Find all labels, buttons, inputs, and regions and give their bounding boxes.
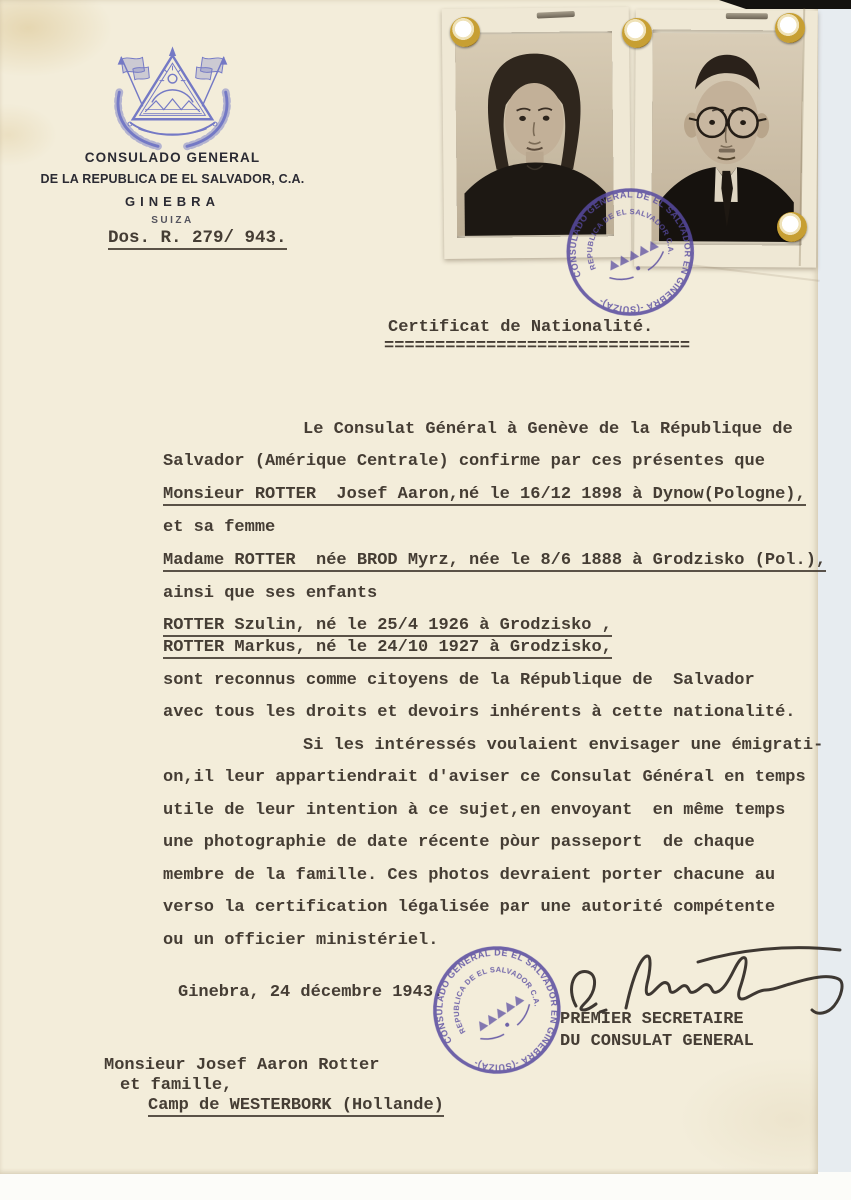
typed-line: utile de leur intention à ce sujet,en en… — [163, 801, 785, 820]
signatory-title-line2: DU CONSULAT GENERAL — [560, 1032, 754, 1051]
svg-text:CONSULADO GENERAL DE EL SALVAD: CONSULADO GENERAL DE EL SALVADOR EN GINE… — [556, 177, 705, 326]
svg-text:CONSULADO GENERAL DE EL SALVAD: CONSULADO GENERAL DE EL SALVADOR EN GINE… — [425, 939, 568, 1082]
typed-line: ou un officier ministériel. — [163, 931, 438, 950]
letterhead-city: GINEBRA — [30, 194, 315, 209]
recipient-family: et famille, — [120, 1076, 232, 1095]
recipient-camp-address: Camp de WESTERBORK (Hollande) — [148, 1096, 444, 1117]
typed-line: membre de la famille. Ces photos devraie… — [163, 866, 775, 885]
typed-line: verso la certification légalisée par une… — [163, 898, 775, 917]
typed-line: Si les intéressés voulaient envisager un… — [303, 736, 823, 755]
typed-line: Le Consulat Général à Genève de la Répub… — [303, 420, 793, 439]
dossier-number: Dos. R. 279/ 943. — [108, 228, 287, 250]
staple — [726, 13, 768, 19]
typed-line-subject-child1: ROTTER Szulin, né le 25/4 1926 à Grodzis… — [163, 616, 612, 637]
document-title: Certificat de Nationalité. — [388, 318, 653, 337]
scanner-background-bottom — [0, 1172, 851, 1200]
typed-line-subject-wife: Madame ROTTER née BROD Myrz, née le 8/6 … — [163, 551, 826, 572]
typed-line-subject-husband: Monsieur ROTTER Josef Aaron,né le 16/12 … — [163, 485, 806, 506]
letterhead-org-line2: DE LA REPUBLICA DE EL SALVADOR, C.A. — [30, 172, 315, 186]
typed-line-subject-child2: ROTTER Markus, né le 24/10 1927 à Grodzi… — [163, 638, 612, 659]
el-salvador-coat-of-arms — [100, 40, 245, 156]
letterhead-org-line1: CONSULADO GENERAL — [30, 150, 315, 165]
title-underline: ============================== — [384, 337, 690, 356]
stamp-outer-text: CONSULADO GENERAL DE EL SALVADOR EN GINE… — [556, 177, 705, 326]
staple — [537, 11, 575, 19]
typed-line: une photographie de date récente pòur pa… — [163, 833, 755, 852]
consular-stamp-upper: CONSULADO GENERAL DE EL SALVADOR EN GINE… — [555, 177, 705, 331]
brass-eyelet — [777, 212, 807, 242]
typed-line: Salvador (Amérique Centrale) confirme pa… — [163, 452, 765, 471]
date-line: Ginebra, 24 décembre 1943. — [178, 983, 443, 1002]
brass-eyelet — [450, 17, 480, 47]
scanned-certificate: CONSULADO GENERAL DE LA REPUBLICA DE EL … — [0, 0, 851, 1200]
typed-line: sont reconnus comme citoyens de la Répub… — [163, 671, 755, 690]
brass-eyelet — [622, 18, 652, 48]
typed-line: ainsi que ses enfants — [163, 584, 377, 603]
typed-line: on,il leur appartiendrait d'aviser ce Co… — [163, 768, 806, 787]
signatory-title-line1: PREMIER SECRETAIRE — [560, 1010, 744, 1029]
stamp-outer-text: CONSULADO GENERAL DE EL SALVADOR EN GINE… — [425, 939, 568, 1082]
typed-line: avec tous les droits et devoirs inhérent… — [163, 703, 796, 722]
typed-line: et sa femme — [163, 518, 275, 537]
brass-eyelet — [775, 13, 805, 43]
letterhead-country: SUIZA — [30, 215, 315, 226]
recipient-name: Monsieur Josef Aaron Rotter — [104, 1056, 379, 1075]
